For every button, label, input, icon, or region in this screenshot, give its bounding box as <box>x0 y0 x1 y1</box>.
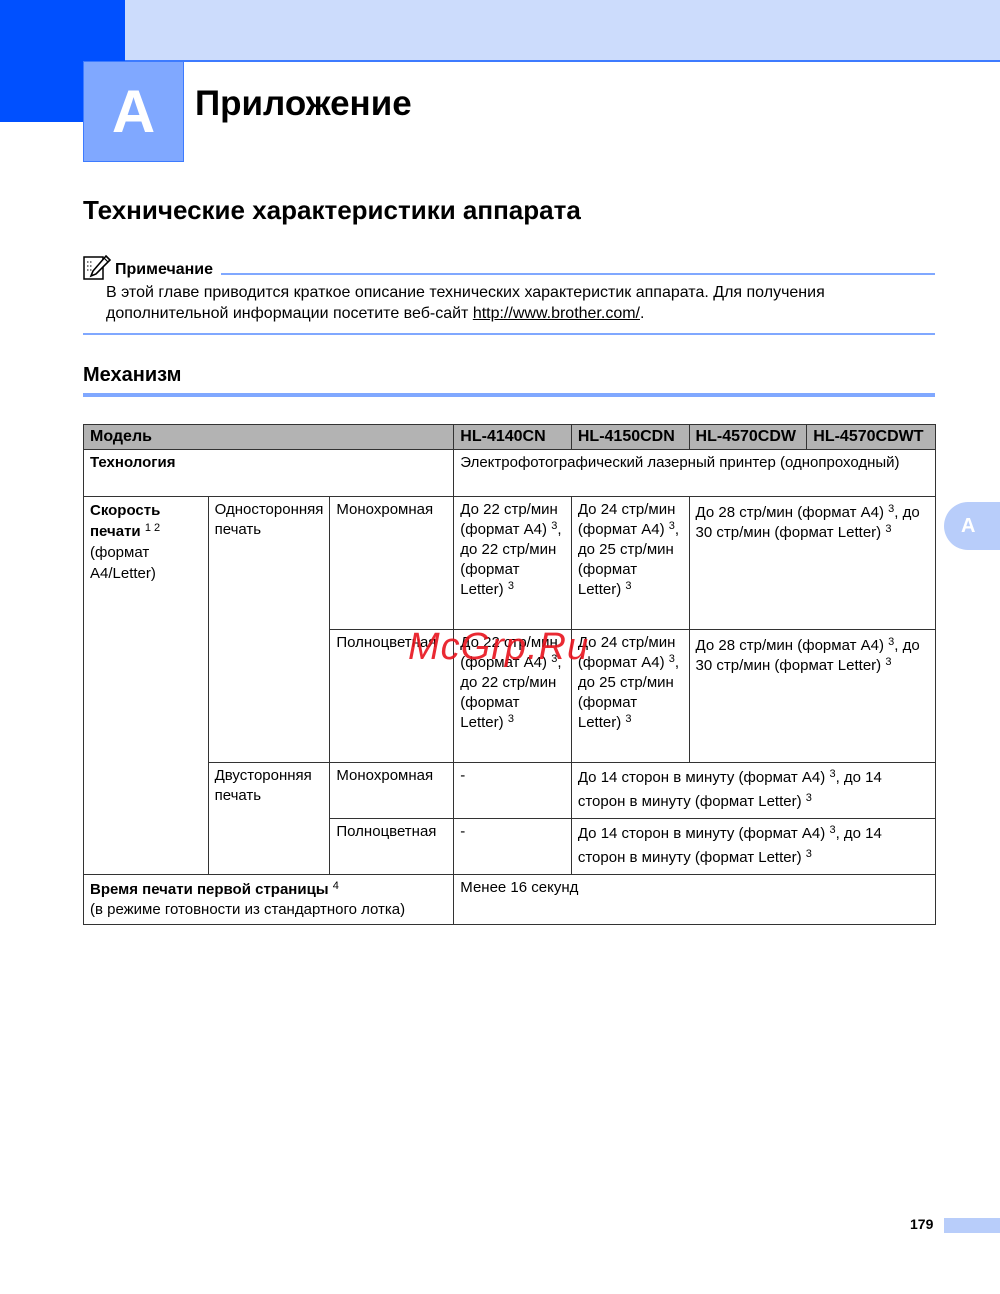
first-print-title: Время печати первой страницы <box>90 881 329 898</box>
table-row-simplex-mono: Скорость печати 1 2 (формат A4/Letter) О… <box>84 497 936 630</box>
page-number-bar <box>944 1218 1000 1233</box>
duplex-label: Двусторонняя печать <box>208 763 330 875</box>
duplex-color-label: Полноцветная <box>330 819 454 875</box>
note-label: Примечание <box>115 260 213 280</box>
print-speed-note: (формат A4/Letter) <box>90 544 156 582</box>
duplex-mono-others: До 14 сторон в минуту (формат A4) 3, до … <box>571 763 935 819</box>
first-print-label: Время печати первой страницы 4 (в режиме… <box>84 875 454 925</box>
table-header-row: Модель HL-4140CN HL-4150CDN HL-4570CDW H… <box>84 425 936 450</box>
header-model-hl4140cn: HL-4140CN <box>454 425 572 450</box>
duplex-color-hl4140cn: - <box>454 819 572 875</box>
simplex-mono-hl4570: До 28 стр/мин (формат A4) 3, до 30 стр/м… <box>689 497 935 630</box>
print-speed-title: Скорость печати <box>90 502 160 540</box>
note-text: В этой главе приводится краткое описание… <box>83 282 935 324</box>
simplex-label: Односторонняя печать <box>208 497 330 763</box>
note-divider <box>221 273 935 275</box>
simplex-mono-label: Монохромная <box>330 497 454 630</box>
note-box: Примечание В этой главе приводится кратк… <box>83 252 935 335</box>
note-text-end: . <box>640 305 644 322</box>
duplex-mono-hl4140cn: - <box>454 763 572 819</box>
print-speed-footnote: 1 2 <box>145 522 160 534</box>
section-title: Технические характеристики аппарата <box>83 195 581 226</box>
chapter-letter-box: A <box>83 61 184 162</box>
duplex-mono-label: Монохромная <box>330 763 454 819</box>
note-bottom-divider <box>83 333 935 335</box>
chapter-title: Приложение <box>195 84 412 124</box>
first-print-value: Менее 16 секунд <box>454 875 936 925</box>
note-pencil-icon <box>83 254 111 280</box>
table-row-duplex-mono: Двусторонняя печать Монохромная - До 14 … <box>84 763 936 819</box>
subsection-rule <box>83 393 935 397</box>
simplex-color-hl4570: До 28 стр/мин (формат A4) 3, до 30 стр/м… <box>689 630 935 763</box>
duplex-color-others: До 14 сторон в минуту (формат A4) 3, до … <box>571 819 935 875</box>
first-print-footnote: 4 <box>333 880 339 892</box>
header-model-hl4570cdwt: HL-4570CDWT <box>807 425 936 450</box>
table-row-technology: Технология Электрофотографический лазерн… <box>84 450 936 497</box>
print-speed-label: Скорость печати 1 2 (формат A4/Letter) <box>84 497 209 875</box>
header-decor-light <box>125 0 1000 62</box>
side-chapter-tab: A <box>944 502 1000 550</box>
page-number: 179 <box>910 1216 933 1232</box>
spec-table: Модель HL-4140CN HL-4150CDN HL-4570CDW H… <box>83 424 936 925</box>
note-text-main: В этой главе приводится краткое описание… <box>106 284 825 322</box>
simplex-mono-hl4140cn: До 22 стр/мин (формат A4) 3, до 22 стр/м… <box>454 497 572 630</box>
header-model-label: Модель <box>84 425 454 450</box>
technology-label: Технология <box>84 450 454 497</box>
first-print-note: (в режиме готовности из стандартного лот… <box>90 901 405 918</box>
subsection-title: Механизм <box>83 364 181 387</box>
table-row-first-print: Время печати первой страницы 4 (в режиме… <box>84 875 936 925</box>
watermark: McGrp.Ru <box>408 626 589 669</box>
header-model-hl4150cdn: HL-4150CDN <box>571 425 689 450</box>
brother-website-link[interactable]: http://www.brother.com/ <box>473 305 640 322</box>
note-header: Примечание <box>83 252 935 280</box>
simplex-mono-hl4150cdn: До 24 стр/мин (формат A4) 3, до 25 стр/м… <box>571 497 689 630</box>
technology-value: Электрофотографический лазерный принтер … <box>454 450 936 497</box>
header-model-hl4570cdw: HL-4570CDW <box>689 425 807 450</box>
